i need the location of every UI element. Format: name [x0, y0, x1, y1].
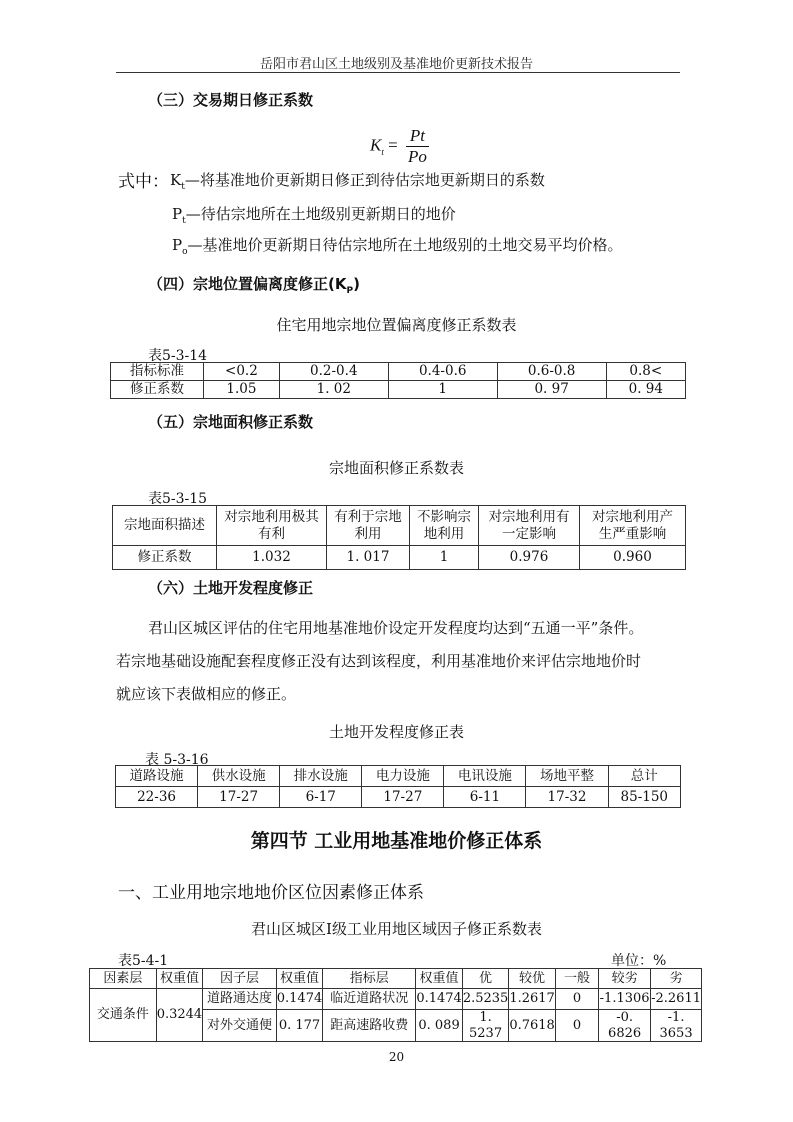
table-5-4-1-unit: 单位：% [611, 950, 666, 970]
table-cell: 修正系数 [111, 381, 204, 399]
formula-lhs-sub: t [381, 147, 384, 157]
table-cell: -1.1306 [599, 989, 651, 1010]
table-cell: 0. 177 [276, 1010, 323, 1042]
table-cell: 0 [555, 1010, 598, 1042]
table-cell: 1.05 [204, 381, 280, 399]
table-row: 道路设施 供水设施 排水设施 电力设施 电讯设施 场地平整 总计 [116, 766, 681, 787]
formula-eq: = [388, 135, 398, 154]
table-header-cell: 一般 [555, 969, 598, 989]
formula-kt: Kt = Pt Po [370, 126, 429, 167]
table-header-cell: 电讯设施 [444, 766, 526, 787]
table-header-cell: 指标层 [323, 969, 416, 989]
table-cell: 1 [410, 546, 479, 570]
formula-fraction: Pt Po [406, 126, 429, 167]
table-cell: 0 [555, 989, 598, 1010]
table-header-cell: 较优 [509, 969, 556, 989]
table-cell: 1.2617 [509, 989, 556, 1010]
table-header-cell: 不影响宗地利用 [410, 506, 479, 546]
table-header-cell: 总计 [608, 766, 680, 787]
section-6-heading: （六）土地开发程度修正 [148, 577, 313, 598]
table-cell: 17-27 [198, 787, 280, 808]
table-header-cell: 场地平整 [526, 766, 608, 787]
table-cell: 0.976 [479, 546, 580, 570]
def-symbol: P [172, 205, 182, 223]
table-header-cell: 对宗地利用极其有利 [217, 506, 327, 546]
table-5-3-14-caption: 住宅用地宗地位置偏离度修正系数表 [0, 314, 793, 335]
table-cell: <0.2 [204, 363, 280, 381]
table-cell: 2.5235 [462, 989, 509, 1010]
table-header-cell: 优 [462, 969, 509, 989]
definition-kt: Kt—将基准地价更新期日修正到待估宗地更新期日的系数 [170, 169, 545, 192]
table-header-cell: 权重值 [416, 969, 463, 989]
table-cell: -0. 6826 [599, 1010, 651, 1042]
table-cell: 6-11 [444, 787, 526, 808]
page-number: 20 [0, 1050, 793, 1064]
table-header-cell: 电力设施 [362, 766, 444, 787]
table-5-4-1-label: 表5-4-1 [118, 950, 168, 970]
table-header-cell: 有利于宗地利用 [327, 506, 410, 546]
table-header-cell: 较劣 [599, 969, 651, 989]
table-cell: 0.960 [580, 546, 686, 570]
formula-numerator: Pt [406, 126, 429, 147]
table-header-cell: 劣 [651, 969, 702, 989]
table-header-cell: 因素层 [90, 969, 157, 989]
definition-po: Po—基准地价更新期日待估宗地所在土地级别的土地交易平均价格。 [172, 234, 623, 257]
table-cell: 对外交通便 [203, 1010, 277, 1042]
heading-end: ) [353, 275, 360, 293]
table-5-3-15-caption: 宗地面积修正系数表 [0, 457, 793, 478]
heading-text: （四）宗地位置偏离度修正(K [148, 275, 346, 293]
table-header-cell: 排水设施 [280, 766, 362, 787]
table-cell: 交通条件 [90, 989, 157, 1042]
header-rule [116, 72, 680, 73]
table-cell: 22-36 [116, 787, 198, 808]
section-title: 第四节 工业用地基准地价修正体系 [0, 826, 793, 853]
table-5-3-15: 宗地面积描述 对宗地利用极其有利 有利于宗地利用 不影响宗地利用 对宗地利用有一… [112, 505, 686, 570]
table-cell: 0.1474 [276, 989, 323, 1010]
def-text: —将基准地价更新期日修正到待估宗地更新期日的系数 [185, 171, 545, 189]
table-header-cell: 宗地面积描述 [113, 506, 217, 546]
table-row: 22-36 17-27 6-17 17-27 6-11 17-32 85-150 [116, 787, 681, 808]
table-cell: 17-32 [526, 787, 608, 808]
table-cell: 修正系数 [113, 546, 217, 570]
table-header-cell: 对宗地利用产生严重影响 [580, 506, 686, 546]
table-5-3-14: 指标标准 <0.2 0.2-0.4 0.4-0.6 0.6-0.8 0.8< 修… [110, 362, 686, 399]
def-text: —待估宗地所在土地级别更新期日的地价 [186, 205, 456, 223]
table-cell: 临近道路状况 [323, 989, 416, 1010]
table-row: 修正系数 1.05 1. 02 1 0. 97 0. 94 [111, 381, 686, 399]
table-cell: 0.4-0.6 [388, 363, 497, 381]
def-symbol: K [170, 171, 181, 189]
table-cell: 0.6-0.8 [497, 363, 606, 381]
paragraph-line: 若宗地基础设施配套程度修正没有达到该程度，利用基准地价来评估宗地地价时 [116, 650, 641, 671]
table-cell: 1. 017 [327, 546, 410, 570]
table-cell: 0.7618 [509, 1010, 556, 1042]
definition-pt: Pt—待估宗地所在土地级别更新期日的地价 [172, 203, 456, 226]
table-cell: 6-17 [280, 787, 362, 808]
table-header-cell: 因子层 [203, 969, 277, 989]
table-5-4-1-caption: 君山区城区Ⅰ级工业用地区域因子修正系数表 [0, 918, 793, 939]
running-header: 岳阳市君山区土地级别及基准地价更新技术报告 [0, 53, 793, 72]
table-row: 指标标准 <0.2 0.2-0.4 0.4-0.6 0.6-0.8 0.8< [111, 363, 686, 381]
table-cell: 1.032 [217, 546, 327, 570]
formula-denominator: Po [406, 147, 429, 167]
table-header-cell: 供水设施 [198, 766, 280, 787]
table-5-3-16-caption: 土地开发程度修正表 [0, 721, 793, 742]
table-5-4-1: 因素层 权重值 因子层 权重值 指标层 权重值 优 较优 一般 较劣 劣 交通条… [89, 968, 702, 1042]
table-cell: 0. 089 [416, 1010, 463, 1042]
table-cell: 0.8< [606, 363, 685, 381]
table-row: 修正系数 1.032 1. 017 1 0.976 0.960 [113, 546, 686, 570]
table-cell: -1. 3653 [651, 1010, 702, 1042]
table-header-cell: 道路设施 [116, 766, 198, 787]
table-cell: 85-150 [608, 787, 680, 808]
table-row: 因素层 权重值 因子层 权重值 指标层 权重值 优 较优 一般 较劣 劣 [90, 969, 702, 989]
table-cell: 1. 5237 [462, 1010, 509, 1042]
formula-lhs: K [370, 135, 381, 154]
table-cell: 0. 94 [606, 381, 685, 399]
table-cell: 17-27 [362, 787, 444, 808]
table-row: 宗地面积描述 对宗地利用极其有利 有利于宗地利用 不影响宗地利用 对宗地利用有一… [113, 506, 686, 546]
table-cell: 道路通达度 [203, 989, 277, 1010]
table-cell: 0. 97 [497, 381, 606, 399]
section-5-heading: （五）宗地面积修正系数 [148, 411, 313, 432]
paragraph-line: 就应该下表做相应的修正。 [116, 683, 296, 704]
table-cell: 0.1474 [416, 989, 463, 1010]
section-4-heading: （四）宗地位置偏离度修正(KP) [148, 273, 360, 296]
table-row: 交通条件 0.3244 道路通达度 0.1474 临近道路状况 0.1474 2… [90, 989, 702, 1010]
table-cell: 1 [388, 381, 497, 399]
table-cell: 指标标准 [111, 363, 204, 381]
table-cell: -2.2611 [651, 989, 702, 1010]
table-cell: 0.3244 [156, 989, 203, 1042]
section-3-heading: （三）交易期日修正系数 [148, 89, 313, 110]
subsection-title: 一、工业用地宗地地价区位因素修正体系 [118, 878, 424, 903]
where-label: 式中： [118, 167, 169, 192]
table-cell: 0.2-0.4 [279, 363, 388, 381]
table-header-cell: 权重值 [156, 969, 203, 989]
table-header-cell: 权重值 [276, 969, 323, 989]
table-5-3-16: 道路设施 供水设施 排水设施 电力设施 电讯设施 场地平整 总计 22-36 1… [115, 765, 681, 808]
table-cell: 1. 02 [279, 381, 388, 399]
def-text: —基准地价更新期日待估宗地所在土地级别的土地交易平均价格。 [188, 236, 623, 254]
def-symbol: P [172, 236, 182, 254]
table-cell: 距高速路收费 [323, 1010, 416, 1042]
paragraph-line: 君山区城区评估的住宅用地基准地价设定开发程度均达到“五通一平”条件。 [148, 617, 643, 638]
table-header-cell: 对宗地利用有一定影响 [479, 506, 580, 546]
